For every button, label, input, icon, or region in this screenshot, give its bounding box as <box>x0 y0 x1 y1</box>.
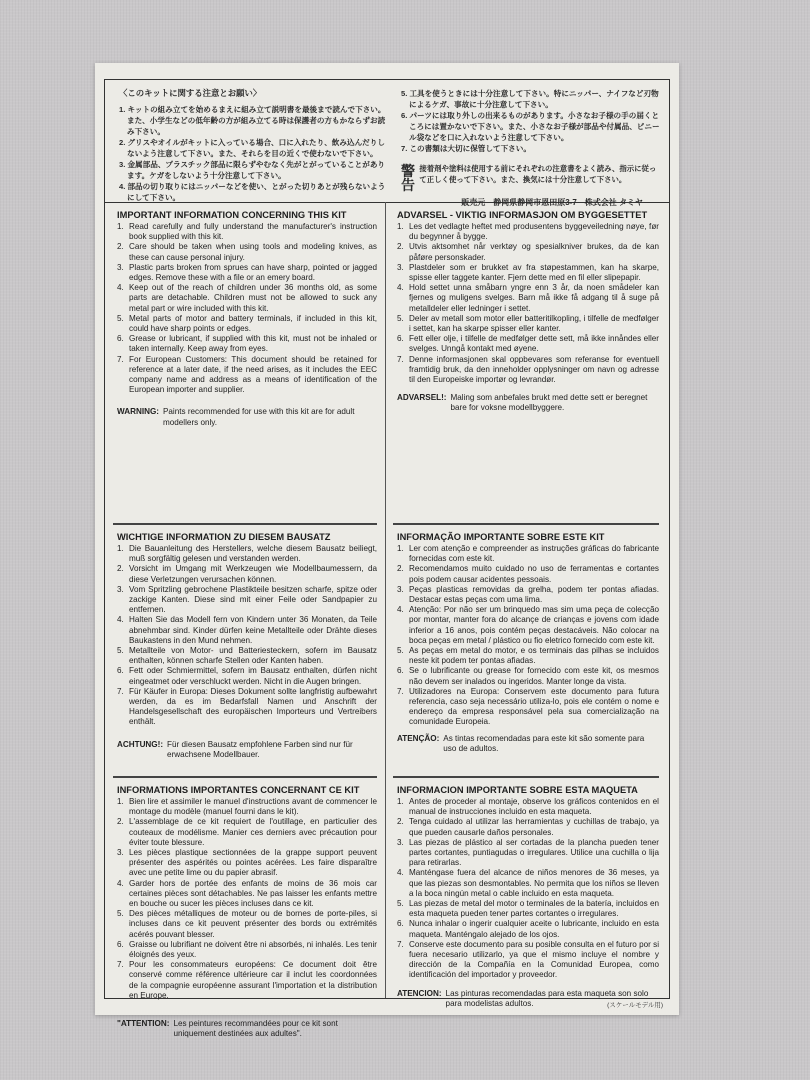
section-norwegian: ADVARSEL - VIKTIG INFORMASJON OM BYGGESE… <box>397 210 659 414</box>
list-item: 1.Die Bauanleitung des Herstellers, welc… <box>117 544 377 564</box>
list-item: 4.Halten Sie das Modell fern von Kindern… <box>117 615 377 646</box>
section-title: INFORMAÇÃO IMPORTANTE SOBRE ESTE KIT <box>397 532 659 543</box>
warning-text: 接着剤や塗料は使用する前にそれぞれの注意書をよく読み、指示に従って正しく使って下… <box>419 164 663 192</box>
list-item: 4.Garder hors de portée des enfants de m… <box>117 879 377 910</box>
list-item: 1.Bien lire et assimiler le manuel d'ins… <box>117 797 377 817</box>
warning-note: "ATTENTION:Les peintures recommandées po… <box>117 1019 377 1039</box>
warning-text: Für diesen Bausatz empfohlene Farben sin… <box>167 740 377 760</box>
list-item: 4.Atenção: Por não ser um brinquedo mas … <box>397 605 659 646</box>
warning-note: WARNING:Paints recommended for use with … <box>117 407 377 427</box>
list-item: 4.Keep out of the reach of children unde… <box>117 283 377 314</box>
list-item: 6.Fett eller olje, i tilfelle de medfølg… <box>397 334 659 354</box>
list-item: 4.Manténgase fuera del alcance de niños … <box>397 868 659 899</box>
section-title: INFORMATIONS IMPORTANTES CONCERNANT CE K… <box>117 785 377 796</box>
item-list: 1.Les det vedlagte heftet med produsente… <box>397 222 659 385</box>
japanese-notice: 〈このキットに関する注意とお願い〉 1. キットの組み立てを始めるまえに組み立て… <box>105 80 669 203</box>
warning-label: "ATTENTION: <box>117 1019 169 1039</box>
language-grid: IMPORTANT INFORMATION CONCERNING THIS KI… <box>105 202 669 998</box>
list-item: 6.Grease or lubricant, if supplied with … <box>117 334 377 354</box>
warning-label: ACHTUNG!: <box>117 740 163 760</box>
section-german: WICHTIGE INFORMATION ZU DIESEM BAUSATZ 1… <box>117 532 377 760</box>
list-item: 3.Peças plasticas removidas da grelha, p… <box>397 585 659 605</box>
warning-label: WARNING: <box>117 407 159 427</box>
section-portuguese: INFORMAÇÃO IMPORTANTE SOBRE ESTE KIT 1.L… <box>397 532 659 754</box>
list-item: 1.Les det vedlagte heftet med produsente… <box>397 222 659 242</box>
list-item: 5.Metal parts of motor and battery termi… <box>117 314 377 334</box>
list-item: 2.Vorsicht im Umgang mit Werkzeugen wie … <box>117 564 377 584</box>
warning-note: ADVARSEL!:Maling som anbefales brukt med… <box>397 393 659 413</box>
sheet-frame: 〈このキットに関する注意とお願い〉 1. キットの組み立てを始めるまえに組み立て… <box>104 79 670 999</box>
item-list: 1.Ler com atenção e compreender as instr… <box>397 544 659 728</box>
warning-text: As tintas recomendadas para este kit são… <box>443 734 659 754</box>
list-item: 3.Las piezas de plástico al ser cortadas… <box>397 838 659 869</box>
list-item: 1.Ler com atenção e compreender as instr… <box>397 544 659 564</box>
japanese-item: 5. 工具を使うときには十分注意して下さい。特にニッパー、ナイフなど刃物によるケ… <box>401 88 663 110</box>
item-list: 1.Bien lire et assimiler le manuel d'ins… <box>117 797 377 1001</box>
list-item: 7.Denne informasjonen skal oppbevares so… <box>397 355 659 386</box>
section-title: ADVARSEL - VIKTIG INFORMASJON OM BYGGESE… <box>397 210 659 221</box>
japanese-warning: 警告 接着剤や塗料は使用する前にそれぞれの注意書をよく読み、指示に従って正しく使… <box>401 164 663 192</box>
section-divider <box>393 776 659 778</box>
warning-label: ATENCION: <box>397 989 442 1009</box>
list-item: 6.Se o lubrificante ou grease for fornec… <box>397 666 659 686</box>
section-divider <box>393 523 659 525</box>
list-item: 5.Metallteile von Motor- und Batterieste… <box>117 646 377 666</box>
section-spanish: INFORMACION IMPORTANTE SOBRE ESTA MAQUET… <box>397 785 659 1009</box>
section-french: INFORMATIONS IMPORTANTES CONCERNANT CE K… <box>117 785 377 1039</box>
list-item: 5.Deler av metall som motor eller batter… <box>397 314 659 334</box>
list-item: 7.For European Customers: This document … <box>117 355 377 396</box>
section-title: INFORMACION IMPORTANTE SOBRE ESTA MAQUET… <box>397 785 659 796</box>
japanese-title: 〈このキットに関する注意とお願い〉 <box>119 88 389 99</box>
list-item: 7.Utilizadores na Europa: Conservem este… <box>397 687 659 728</box>
item-list: 1.Antes de proceder al montaje, observe … <box>397 797 659 981</box>
warning-text: Les peintures recommandées pour ce kit s… <box>173 1019 377 1039</box>
list-item: 4.Hold settet unna småbarn yngre enn 3 å… <box>397 283 659 314</box>
section-title: WICHTIGE INFORMATION ZU DIESEM BAUSATZ <box>117 532 377 543</box>
item-list: 1.Die Bauanleitung des Herstellers, welc… <box>117 544 377 728</box>
list-item: 2.Utvis aktsomhet når verktøy og spesial… <box>397 242 659 262</box>
list-item: 7.Für Käufer in Europa: Dieses Dokument … <box>117 687 377 728</box>
list-item: 1.Antes de proceder al montaje, observe … <box>397 797 659 817</box>
footer-tag: (スケールモデル用) <box>607 1000 663 1009</box>
list-item: 5.Las piezas de metal del motor o termin… <box>397 899 659 919</box>
section-divider <box>113 523 377 525</box>
list-item: 3.Plastdeler som er brukket av fra støpe… <box>397 263 659 283</box>
japanese-item: 7. この書類は大切に保管して下さい。 <box>401 143 663 154</box>
warning-text: Paints recommended for use with this kit… <box>163 407 377 427</box>
warning-note: ACHTUNG!:Für diesen Bausatz empfohlene F… <box>117 740 377 760</box>
list-item: 3.Plastic parts broken from sprues can h… <box>117 263 377 283</box>
list-item: 6.Nunca inhalar o ingerir cualquier acei… <box>397 919 659 939</box>
column-divider <box>385 202 386 998</box>
list-item: 2.Care should be taken when using tools … <box>117 242 377 262</box>
warning-label: 警告 <box>401 164 416 192</box>
warning-text: Maling som anbefales brukt med dette set… <box>451 393 660 413</box>
warning-label: ATENÇÃO: <box>397 734 439 754</box>
list-item: 5.Des pièces métalliques de moteur ou de… <box>117 909 377 940</box>
instruction-sheet: 〈このキットに関する注意とお願い〉 1. キットの組み立てを始めるまえに組み立て… <box>95 63 679 1015</box>
list-item: 6.Graisse ou lubrifiant ne doivent être … <box>117 940 377 960</box>
section-title: IMPORTANT INFORMATION CONCERNING THIS KI… <box>117 210 377 221</box>
japanese-notice-left: 〈このキットに関する注意とお願い〉 1. キットの組み立てを始めるまえに組み立て… <box>119 88 389 203</box>
japanese-item: 3. 金属部品、プラスチック部品に限らずやむなく先がとがっていることがあります。… <box>119 159 389 181</box>
list-item: 3.Les pièces plastique sectionnées de la… <box>117 848 377 879</box>
list-item: 2.Tenga cuidado al utilizar las herramie… <box>397 817 659 837</box>
japanese-item: 1. キットの組み立てを始めるまえに組み立て説明書を最後まで読んで下さい。また、… <box>119 104 389 137</box>
list-item: 1.Read carefully and fully understand th… <box>117 222 377 242</box>
section-divider <box>113 776 377 778</box>
list-item: 5.As peças em metal do motor, e os termi… <box>397 646 659 666</box>
japanese-notice-right: 5. 工具を使うときには十分注意して下さい。特にニッパー、ナイフなど刃物によるケ… <box>401 88 663 208</box>
japanese-item: 2. グリスやオイルがキットに入っている場合、口に入れたり、飲み込んだりしないよ… <box>119 137 389 159</box>
japanese-item: 6. パーツには取り外しの出来るものがあります。小さなお子様の手の届くところには… <box>401 110 663 143</box>
japanese-item: 4. 部品の切り取りにはニッパーなどを使い、とがった切りあとが残らないようにして… <box>119 181 389 203</box>
item-list: 1.Read carefully and fully understand th… <box>117 222 377 395</box>
list-item: 6.Fett oder Schmiermittel, sofern im Bau… <box>117 666 377 686</box>
warning-label: ADVARSEL!: <box>397 393 447 413</box>
warning-note: ATENÇÃO:As tintas recomendadas para este… <box>397 734 659 754</box>
list-item: 2.L'assemblage de ce kit requiert de l'o… <box>117 817 377 848</box>
list-item: 7.Pour les consommateurs européens: Ce d… <box>117 960 377 1001</box>
section-english: IMPORTANT INFORMATION CONCERNING THIS KI… <box>117 210 377 428</box>
list-item: 7.Conserve este documento para su posibl… <box>397 940 659 981</box>
list-item: 2.Recomendamos muito cuidado no uso de f… <box>397 564 659 584</box>
list-item: 3.Vom Spritzling gebrochene Plastikteile… <box>117 585 377 616</box>
